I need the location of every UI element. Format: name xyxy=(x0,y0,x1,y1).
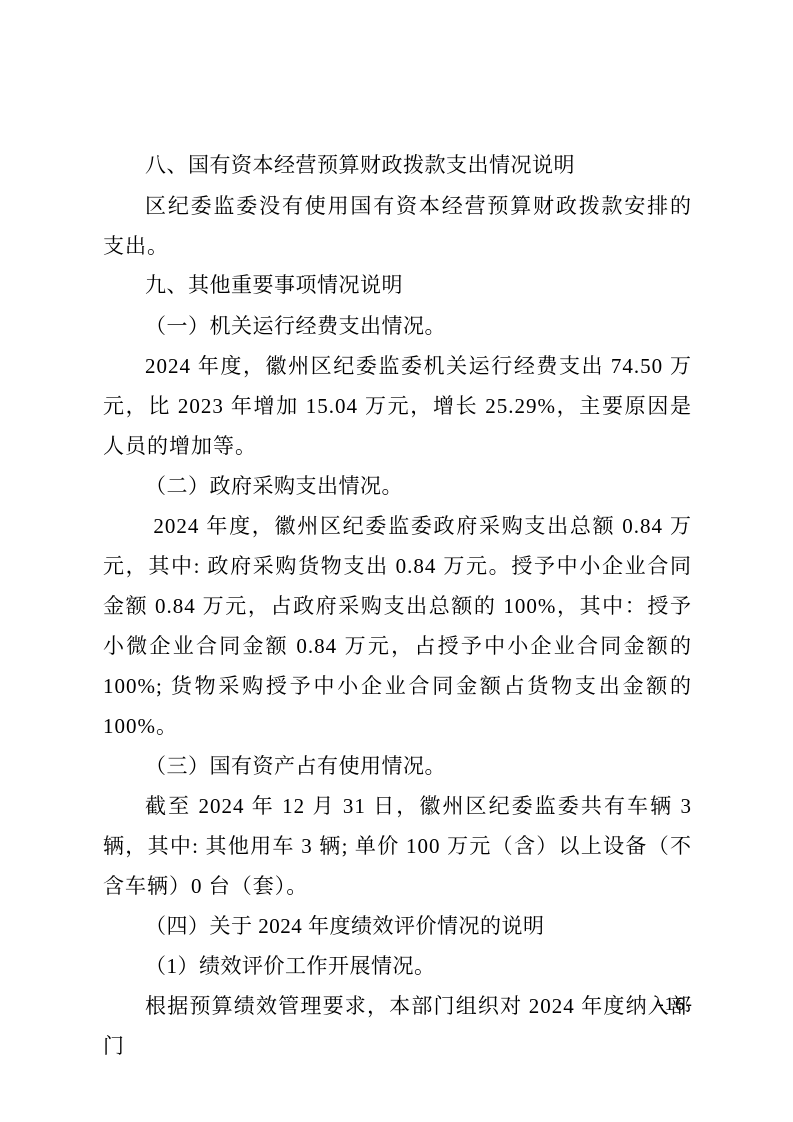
subsection-heading-government-procurement: （二）政府采购支出情况。 xyxy=(103,466,692,506)
section-heading-8: 八、国有资本经营预算财政拨款支出情况说明 xyxy=(103,146,692,186)
paragraph-government-procurement: 2024 年度，徽州区纪委监委政府采购支出总额 0.84 万元，其中: 政府采购… xyxy=(103,506,692,746)
subsection-heading-performance-evaluation-work: （1）绩效评价工作开展情况。 xyxy=(103,946,692,986)
paragraph-state-assets: 截至 2024 年 12 月 31 日，徽州区纪委监委共有车辆 3 辆，其中: … xyxy=(103,786,692,906)
document-content: 八、国有资本经营预算财政拨款支出情况说明 区纪委监委没有使用国有资本经营预算财政… xyxy=(103,146,692,1066)
paragraph-operating-expenses: 2024 年度，徽州区纪委监委机关运行经费支出 74.50 万元，比 2023 … xyxy=(103,346,692,466)
subsection-heading-performance-evaluation: （四）关于 2024 年度绩效评价情况的说明 xyxy=(103,906,692,946)
page-number: -16- xyxy=(657,994,693,1016)
paragraph-performance-evaluation: 根据预算绩效管理要求，本部门组织对 2024 年度纳入部门 xyxy=(103,986,692,1066)
subsection-heading-state-assets: （三）国有资产占有使用情况。 xyxy=(103,746,692,786)
section-heading-9: 九、其他重要事项情况说明 xyxy=(103,266,692,306)
paragraph-state-capital-budget: 区纪委监委没有使用国有资本经营预算财政拨款安排的支出。 xyxy=(103,186,692,266)
document-page: 八、国有资本经营预算财政拨款支出情况说明 区纪委监委没有使用国有资本经营预算财政… xyxy=(0,0,793,1122)
subsection-heading-operating-expenses: （一）机关运行经费支出情况。 xyxy=(103,306,692,346)
